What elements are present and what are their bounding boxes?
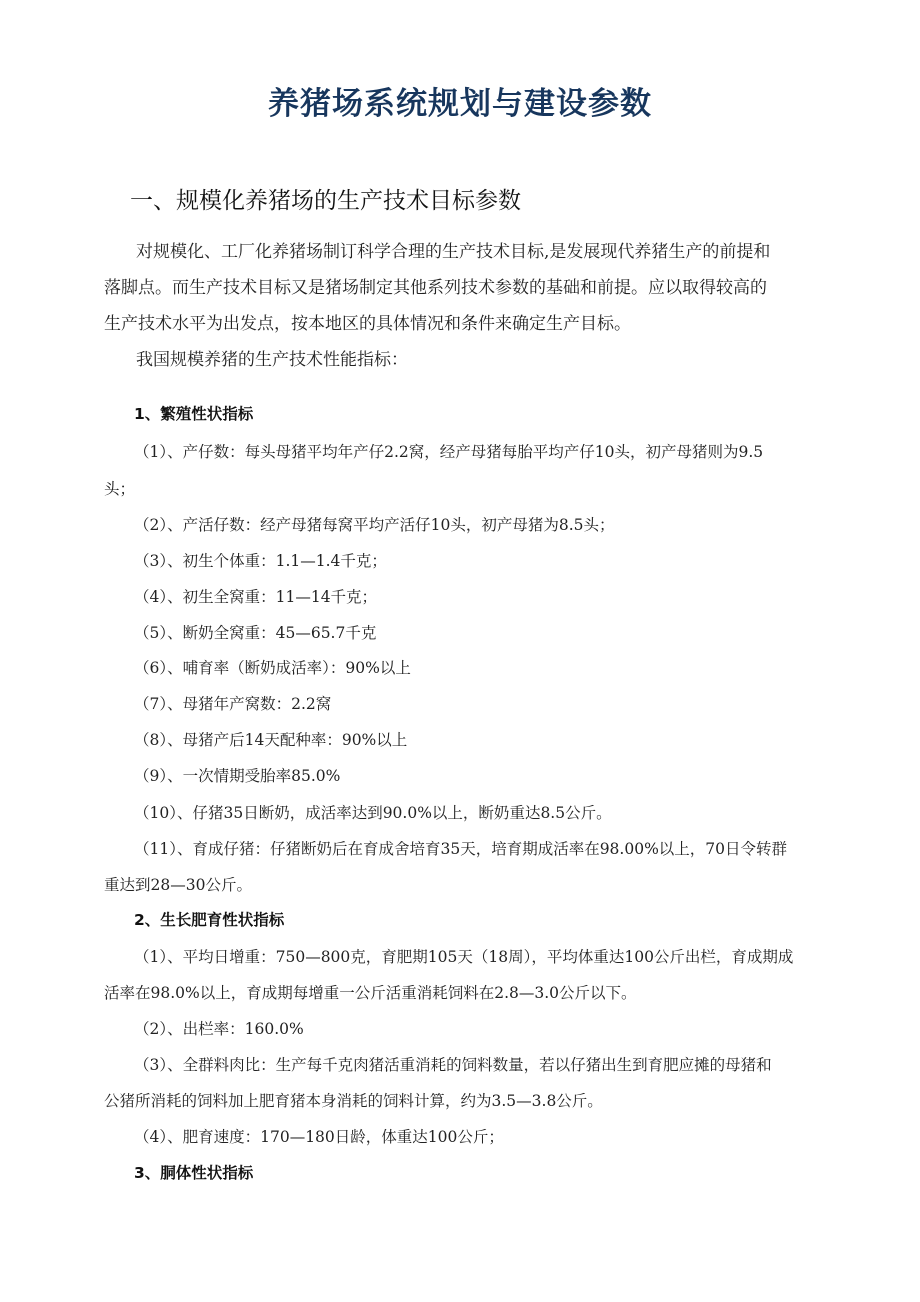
list-item: （10）、仔猪35日断奶，成活率达到90.0%以上，断奶重达8.5公斤。 <box>134 801 612 823</box>
list-item: （4）、肥育速度：170—180日龄，体重达100公斤； <box>134 1125 504 1147</box>
list-item: 公猪所消耗的饲料加上肥育猪本身消耗的饲料计算，约为3.5—3.8公斤。 <box>104 1089 603 1111</box>
list-item: （3）、初生个体重：1.1—1.4千克； <box>134 549 387 571</box>
intro-line-3: 生产技术水平为出发点，按本地区的具体情况和条件来确定生产目标。 <box>104 309 631 334</box>
list-item: 重达到28—30公斤。 <box>104 873 252 895</box>
intro-line-1: 对规模化、工厂化养猪场制订科学合理的生产技术目标,是发展现代养猪生产的前提和 <box>136 237 770 262</box>
document-page: 养猪场系统规划与建设参数 一、规模化养猪场的生产技术目标参数 对规模化、工厂化养… <box>0 0 920 1302</box>
list-item: （7）、母猪年产窝数：2.2窝 <box>134 692 331 714</box>
list-item: （4）、初生全窝重：11—14千克； <box>134 585 377 607</box>
intro-line-2: 落脚点。而生产技术目标又是猪场制定其他系列技术参数的基础和前提。应以取得较高的 <box>104 273 767 298</box>
intro-lead: 我国规模养猪的生产技术性能指标： <box>136 345 408 370</box>
section-heading-1: 一、规模化养猪场的生产技术目标参数 <box>130 182 521 215</box>
list-item: （11）、育成仔猪：仔猪断奶后在育成舍培育35天，培育期成活率在98.00%以上… <box>134 837 787 859</box>
list-item: （3）、全群料肉比：生产每千克肉猪活重消耗的饲料数量，若以仔猪出生到育肥应摊的母… <box>134 1053 772 1075</box>
list-item: （9）、一次情期受胎率85.0% <box>134 764 340 786</box>
list-item: 头； <box>104 477 135 499</box>
list-item: （1）、产仔数：每头母猪平均年产仔2.2窝，经产母猪每胎平均产仔10头，初产母猪… <box>134 440 763 462</box>
subheading-3: 3、胴体性状指标 <box>134 1161 253 1183</box>
subheading-2: 2、生长肥育性状指标 <box>134 908 284 930</box>
list-item: （8）、母猪产后14天配种率：90%以上 <box>134 728 407 750</box>
list-item: （2）、产活仔数：经产母猪每窝平均产活仔10头，初产母猪为8.5头； <box>134 513 615 535</box>
list-item: 活率在98.0%以上，育成期每增重一公斤活重消耗饲料在2.8—3.0公斤以下。 <box>104 981 637 1003</box>
list-item: （2）、出栏率：160.0% <box>134 1017 304 1039</box>
document-title: 养猪场系统规划与建设参数 <box>0 78 920 123</box>
subheading-1: 1、繁殖性状指标 <box>134 402 253 424</box>
list-item: （6）、哺育率（断奶成活率）：90%以上 <box>134 656 411 678</box>
list-item: （5）、断奶全窝重：45—65.7千克 <box>134 621 376 643</box>
list-item: （1）、平均日增重：750—800克，育肥期105天（18周），平均体重达100… <box>134 945 793 967</box>
